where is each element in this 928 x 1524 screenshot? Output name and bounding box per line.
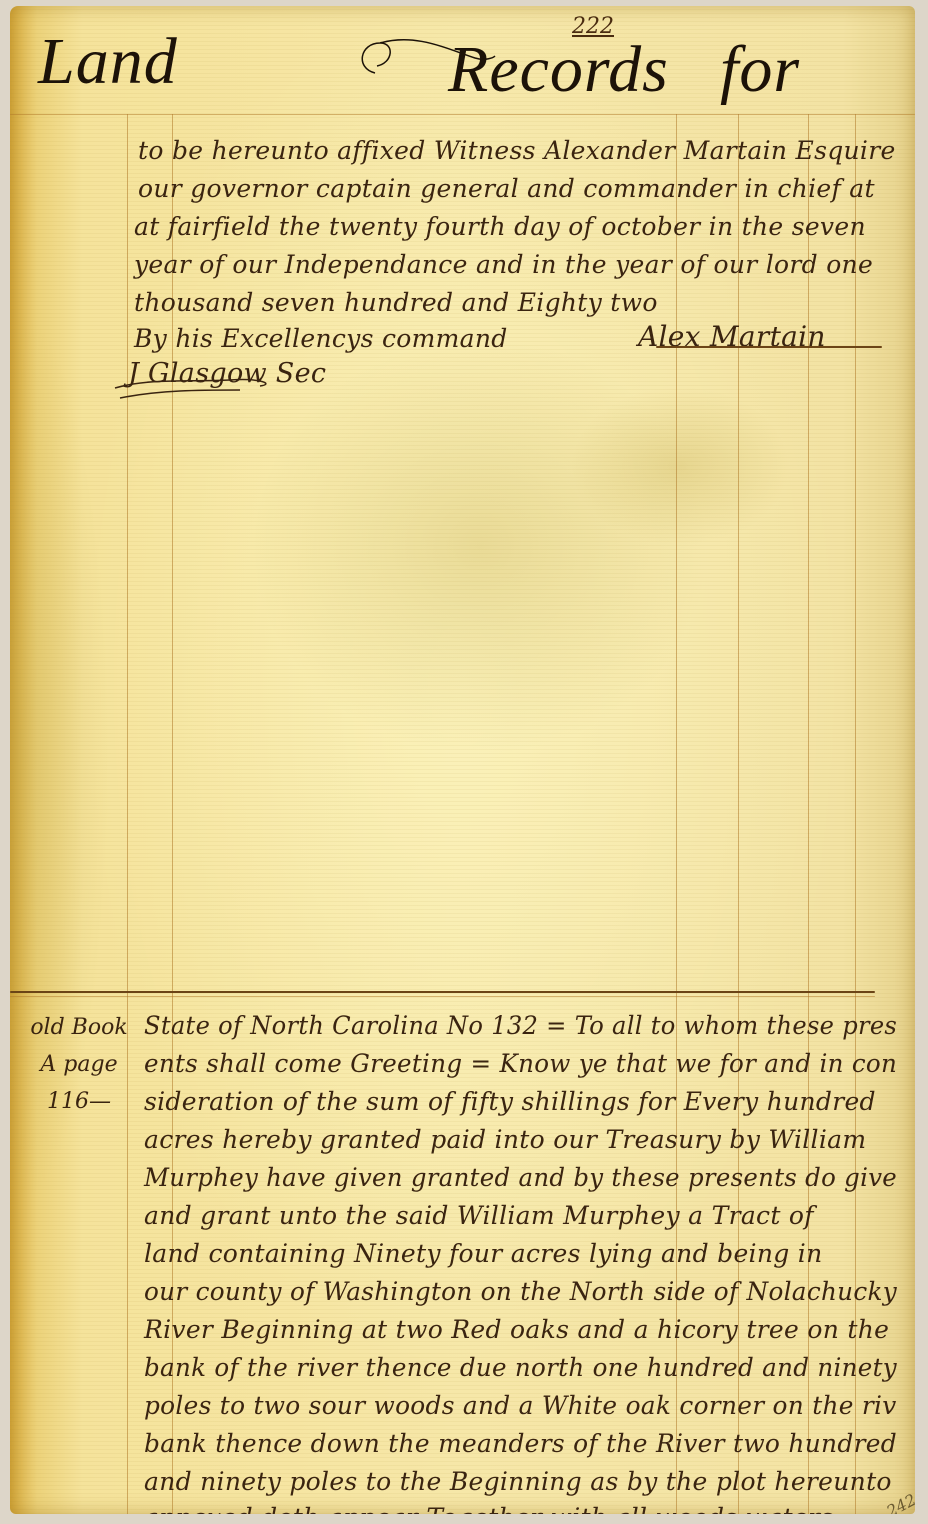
grant-line: our county of Washington on the North si… [144,1277,897,1306]
entry-line: at fairfield the twenty fourth day of oc… [134,212,866,241]
grant-line: poles to two sour woods and a White oak … [144,1391,897,1420]
entry-line: year of our Independance and in the year… [134,250,873,279]
grant-line: and ninety poles to the Beginning as by … [144,1467,892,1496]
entry-line: to be hereunto affixed Witness Alexander… [138,136,896,165]
attestation-line: By his Excellencys command [134,324,508,353]
water-stain [570,386,790,546]
heading-for: for [720,32,800,108]
grant-line: sideration of the sum of fifty shillings… [144,1087,876,1116]
grant-line: River Beginning at two Red oaks and a hi… [144,1315,889,1344]
heading-records: Records [448,32,669,108]
margin-reference-line: A page [24,1046,134,1083]
grant-line: acres hereby granted paid into our Treas… [144,1125,866,1154]
entry-divider [10,991,875,993]
grant-line: ents shall come Greeting = Know ye that … [144,1049,897,1078]
grant-line: State of North Carolina No 132 = To all … [144,1011,897,1040]
grant-line: bank thence down the meanders of the Riv… [144,1429,897,1458]
governor-signature: Alex Martain [638,320,826,353]
grant-line: and grant unto the said William Murphey … [144,1201,814,1230]
grant-line: Murphey have given granted and by these … [144,1163,897,1192]
header-rule [10,114,915,115]
margin-reference-line: 116— [24,1083,134,1120]
margin-reference-line: old Book [24,1009,134,1046]
secretary-flourish [110,376,290,421]
entry-line: thousand seven hundred and Eighty two [134,288,658,317]
grant-line: annexed doth appear Together with all wo… [144,1503,833,1514]
ledger-page: Land Records for 222 to be hereunto affi… [10,6,915,1514]
grant-line: land containing Ninety four acres lying … [144,1239,822,1268]
column-rule [127,114,128,1514]
margin-reference: old Book A page 116— [24,1009,134,1120]
entry-line: our governor captain general and command… [138,174,875,203]
heading-land: Land [38,24,178,100]
grant-line: bank of the river thence due north one h… [144,1353,897,1382]
page-number: 222 [572,14,614,39]
entry-divider [10,996,875,997]
signature-underline [656,346,882,348]
